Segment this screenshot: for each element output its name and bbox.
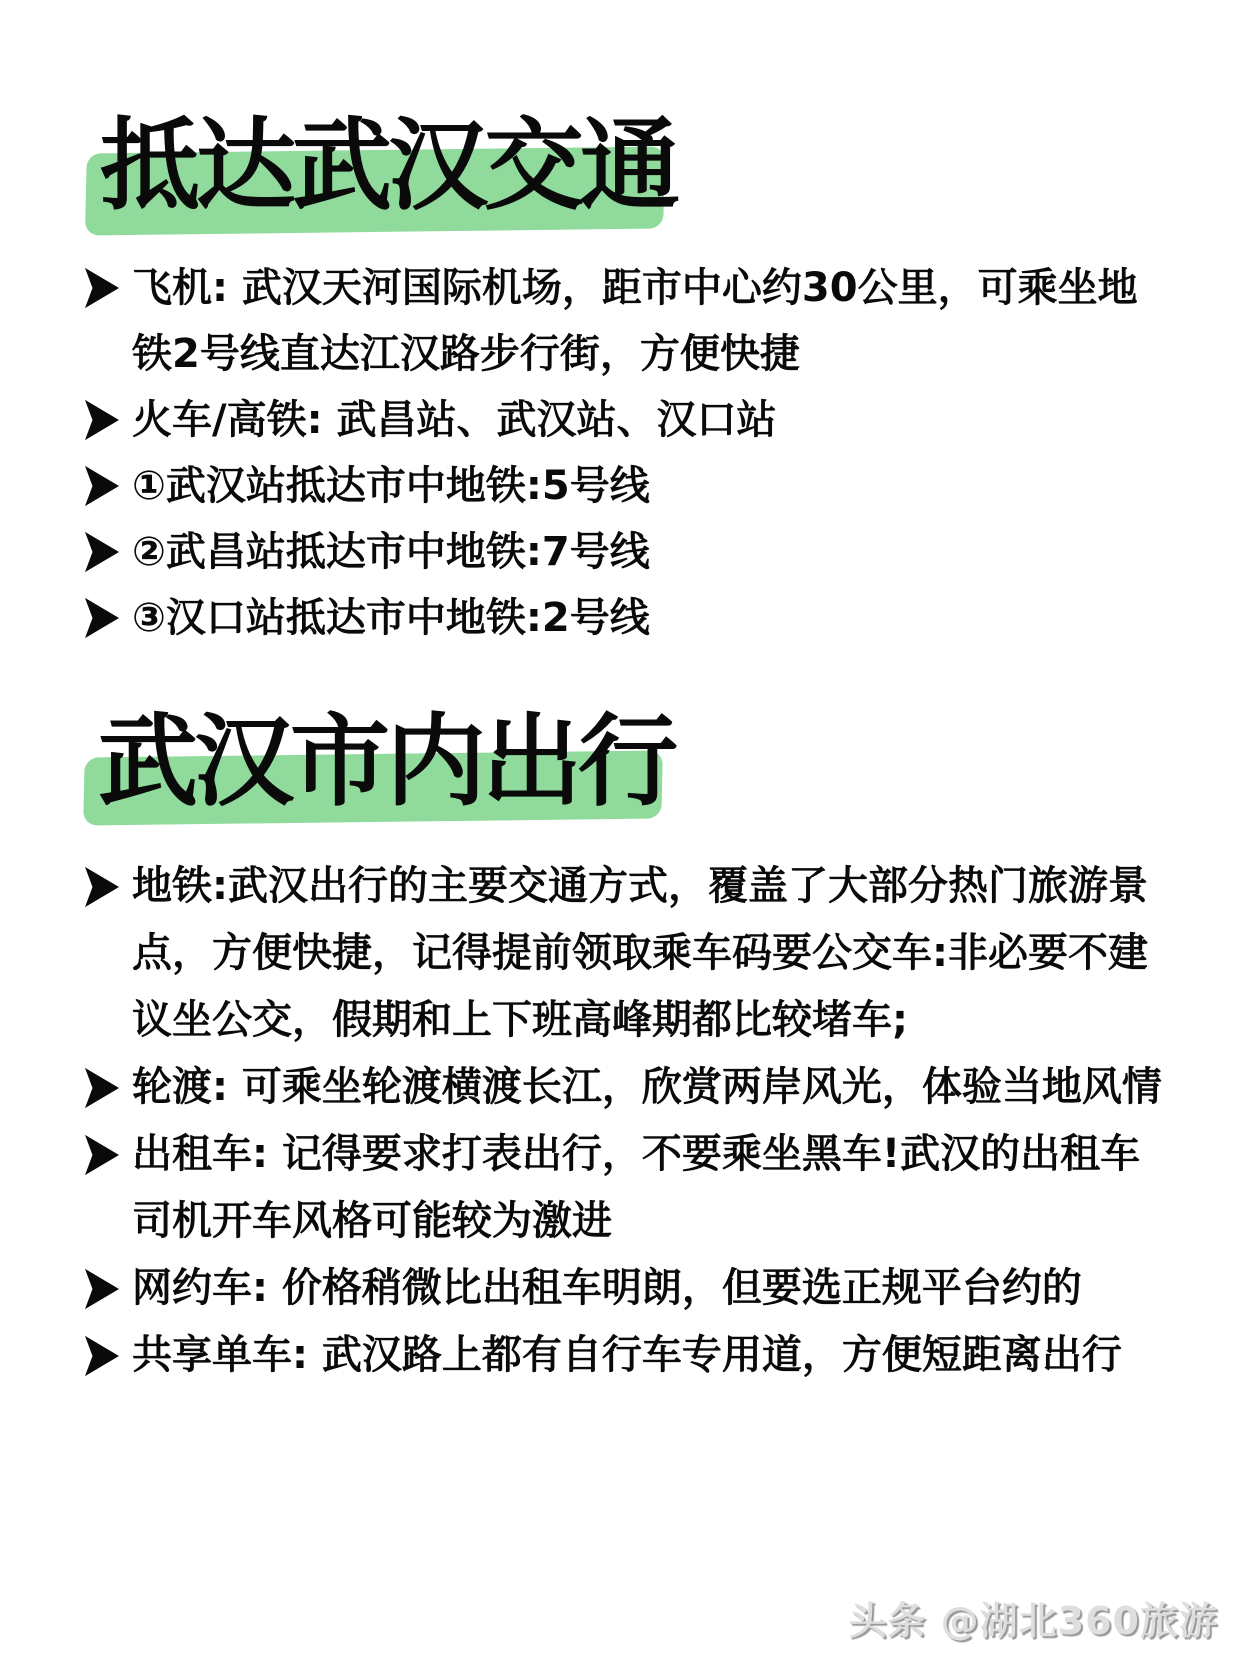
section-title-city-travel: 武汉市内出行 (98, 712, 674, 812)
list-item-text: 轮渡: 可乘坐轮渡横渡长江，欣赏两岸风光，体验当地风情 (132, 1054, 1172, 1121)
list-item: 地铁:武汉出行的主要交通方式，覆盖了大部分热门旅游景点，方便快捷，记得提前领取乘… (85, 853, 1195, 1054)
list-item-text: ③汉口站抵达市中地铁:2号线 (132, 585, 1172, 651)
list-item: ①武汉站抵达市中地铁:5号线 (85, 453, 1195, 519)
city-travel-bullet-list: 地铁:武汉出行的主要交通方式，覆盖了大部分热门旅游景点，方便快捷，记得提前领取乘… (85, 853, 1195, 1389)
arrival-bullet-list: 飞机: 武汉天河国际机场，距市中心约30公里，可乘坐地铁2号线直达江汉路步行街，… (85, 255, 1195, 651)
black-arrowhead-icon (85, 1322, 132, 1377)
list-item-text: 火车/高铁: 武昌站、武汉站、汉口站 (132, 387, 1172, 453)
list-item-text: 共享单车: 武汉路上都有自行车专用道，方便短距离出行 (132, 1322, 1172, 1389)
poster-page: 抵达武汉交通 飞机: 武汉天河国际机场，距市中心约30公里，可乘坐地铁2号线直达… (0, 0, 1242, 1656)
black-arrowhead-icon (85, 255, 132, 309)
list-item: 网约车: 价格稍微比出租车明朗，但要选正规平台约的 (85, 1255, 1195, 1322)
list-item-text: ①武汉站抵达市中地铁:5号线 (132, 453, 1172, 519)
list-item-text: 地铁:武汉出行的主要交通方式，覆盖了大部分热门旅游景点，方便快捷，记得提前领取乘… (132, 853, 1172, 1054)
list-item: 火车/高铁: 武昌站、武汉站、汉口站 (85, 387, 1195, 453)
section-title-text: 抵达武汉交通 (100, 107, 676, 224)
list-item-text: 网约车: 价格稍微比出租车明朗，但要选正规平台约的 (132, 1255, 1172, 1322)
black-arrowhead-icon (85, 453, 132, 507)
black-arrowhead-icon (85, 585, 132, 639)
black-arrowhead-icon (85, 853, 132, 908)
list-item: 轮渡: 可乘坐轮渡横渡长江，欣赏两岸风光，体验当地风情 (85, 1054, 1195, 1121)
list-item: ③汉口站抵达市中地铁:2号线 (85, 585, 1195, 651)
list-item: ②武昌站抵达市中地铁:7号线 (85, 519, 1195, 585)
black-arrowhead-icon (85, 387, 132, 441)
section-title-arrival: 抵达武汉交通 (100, 116, 676, 216)
black-arrowhead-icon (85, 1255, 132, 1310)
black-arrowhead-icon (85, 519, 132, 573)
section-title-text: 武汉市内出行 (98, 703, 674, 820)
watermark: 头条 @湖北360旅游 (848, 1590, 1218, 1645)
list-item: 共享单车: 武汉路上都有自行车专用道，方便短距离出行 (85, 1322, 1195, 1389)
list-item-text: ②武昌站抵达市中地铁:7号线 (132, 519, 1172, 585)
list-item-text: 出租车: 记得要求打表出行，不要乘坐黑车!武汉的出租车司机开车风格可能较为激进 (132, 1121, 1172, 1255)
black-arrowhead-icon (85, 1054, 132, 1109)
black-arrowhead-icon (85, 1121, 132, 1176)
list-item: 出租车: 记得要求打表出行，不要乘坐黑车!武汉的出租车司机开车风格可能较为激进 (85, 1121, 1195, 1255)
list-item: 飞机: 武汉天河国际机场，距市中心约30公里，可乘坐地铁2号线直达江汉路步行街，… (85, 255, 1195, 387)
list-item-text: 飞机: 武汉天河国际机场，距市中心约30公里，可乘坐地铁2号线直达江汉路步行街，… (132, 255, 1172, 387)
